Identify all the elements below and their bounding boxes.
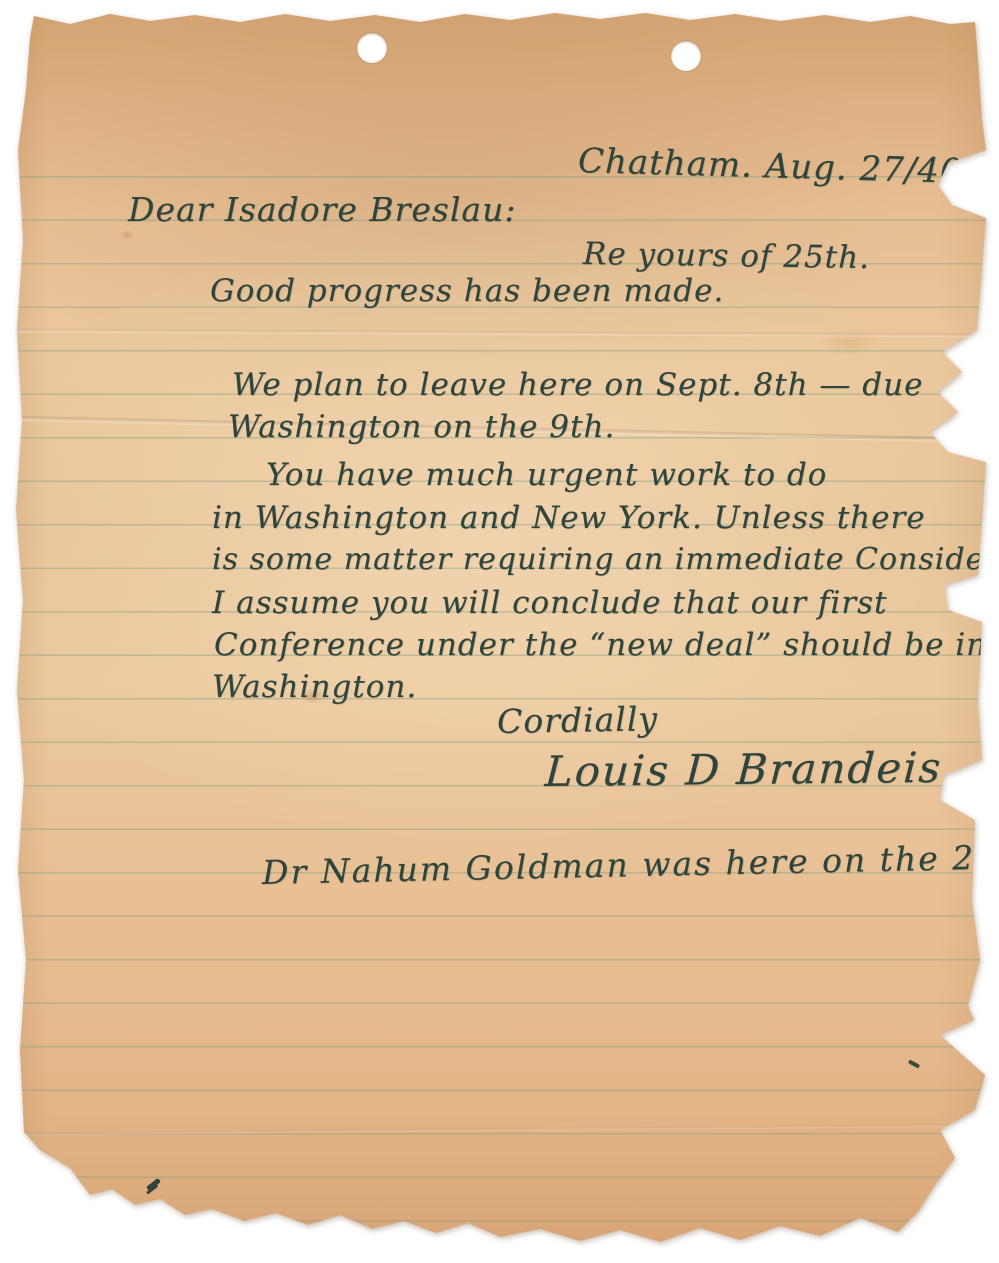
closing: Cordially [497, 699, 659, 741]
letter-paper: Chatham. Aug. 27/40 Dear Isadore Breslau… [0, 0, 999, 1263]
body-line: in Washington and New York. Unless there [212, 500, 926, 536]
salutation: Dear Isadore Breslau: [128, 190, 516, 229]
body-line: I assume you will conclude that our firs… [212, 585, 887, 621]
scan-background: Chatham. Aug. 27/40 Dear Isadore Breslau… [0, 0, 999, 1263]
paper-shadow-wrapper: Chatham. Aug. 27/40 Dear Isadore Breslau… [0, 0, 999, 1263]
body-line: is some matter requiring an immediate Co… [212, 542, 999, 577]
body-line: Good progress has been made. [210, 273, 724, 309]
punch-hole-left [357, 33, 387, 63]
body-line: We plan to leave here on Sept. 8th — due [232, 367, 923, 403]
body-line: Conference under the “new deal” should b… [214, 627, 987, 663]
body-line: Washington on the 9th. [228, 409, 615, 445]
signature: Louis D Brandeis [544, 743, 944, 796]
body-line: You have much urgent work to do [266, 457, 827, 493]
reference-line: Re yours of 25th. [583, 236, 870, 276]
punch-hole-right [671, 41, 701, 71]
body-line: Washington. [212, 669, 417, 705]
